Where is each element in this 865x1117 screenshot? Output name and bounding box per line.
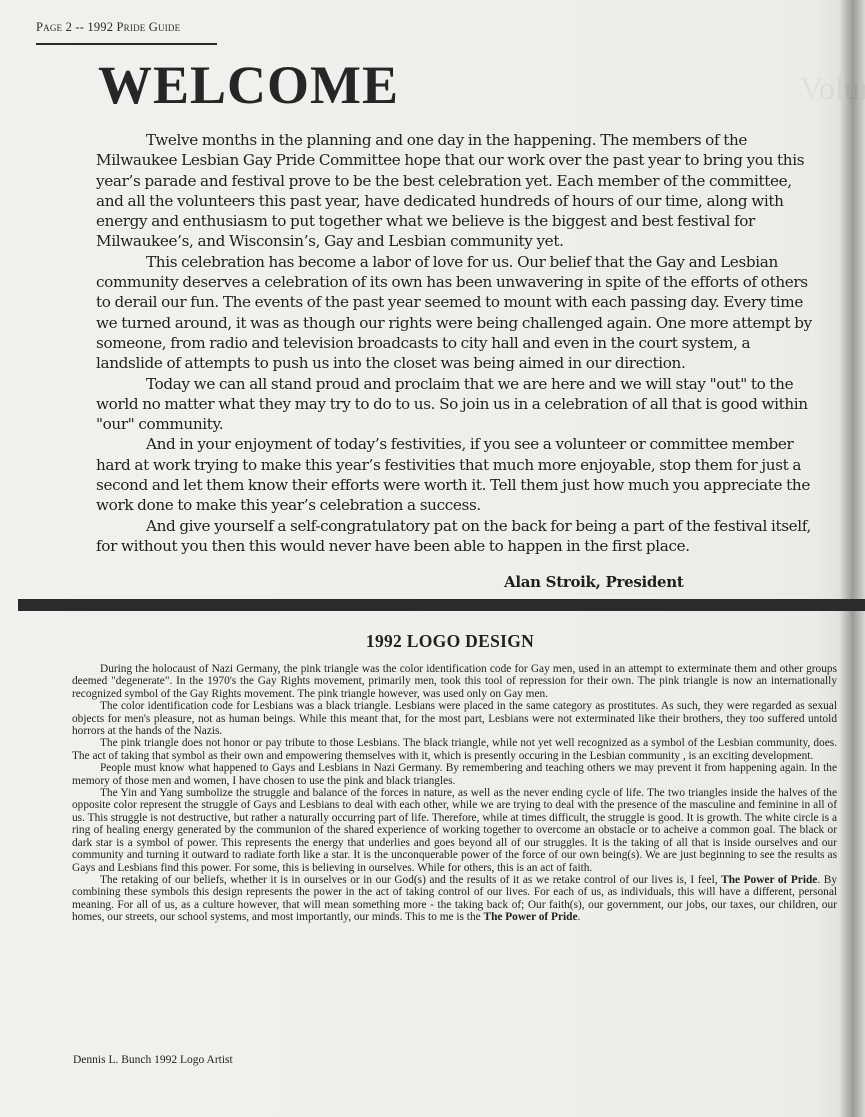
- document-page: Volunteer Appreciation Page 2 -- 1992 Pr…: [0, 0, 865, 1117]
- final-text-1: The retaking of our beliefs, whether it …: [100, 874, 721, 886]
- logo-paragraph: The Yin and Yang sumbolize the struggle …: [72, 787, 837, 874]
- letter-paragraph: Today we can all stand proud and proclai…: [96, 374, 818, 435]
- bleed-through-text: Volunteer Appreciation: [800, 70, 865, 107]
- logo-paragraph: The pink triangle does not honor or pay …: [72, 737, 837, 762]
- logo-design-body: During the holocaust of Nazi Germany, th…: [72, 663, 837, 924]
- logo-paragraph: People must know what happened to Gays a…: [72, 762, 837, 787]
- power-of-pride-emphasis: The Power of Pride: [721, 874, 817, 886]
- logo-design-title: 1992 LOGO DESIGN: [0, 631, 865, 652]
- section-divider: [18, 599, 865, 611]
- letter-paragraph: And give yourself a self-congratulatory …: [96, 516, 818, 557]
- logo-paragraph: During the holocaust of Nazi Germany, th…: [72, 663, 837, 700]
- welcome-letter: Twelve months in the planning and one da…: [96, 130, 818, 556]
- logo-paragraph-final: The retaking of our beliefs, whether it …: [72, 874, 837, 924]
- letter-paragraph: And in your enjoyment of today’s festivi…: [96, 434, 818, 515]
- welcome-title: WELCOME: [98, 58, 399, 112]
- running-head: Page 2 -- 1992 Pride Guide: [36, 20, 180, 35]
- letter-signature: Alan Stroik, President: [504, 573, 684, 591]
- header-rule: [36, 43, 217, 45]
- letter-paragraph: Twelve months in the planning and one da…: [96, 130, 818, 252]
- final-text-3: .: [578, 911, 581, 923]
- letter-paragraph: This celebration has become a labor of l…: [96, 252, 818, 374]
- logo-paragraph: The color identification code for Lesbia…: [72, 700, 837, 737]
- artist-credit: Dennis L. Bunch 1992 Logo Artist: [73, 1054, 233, 1066]
- power-of-pride-emphasis: The Power of Pride: [484, 911, 578, 923]
